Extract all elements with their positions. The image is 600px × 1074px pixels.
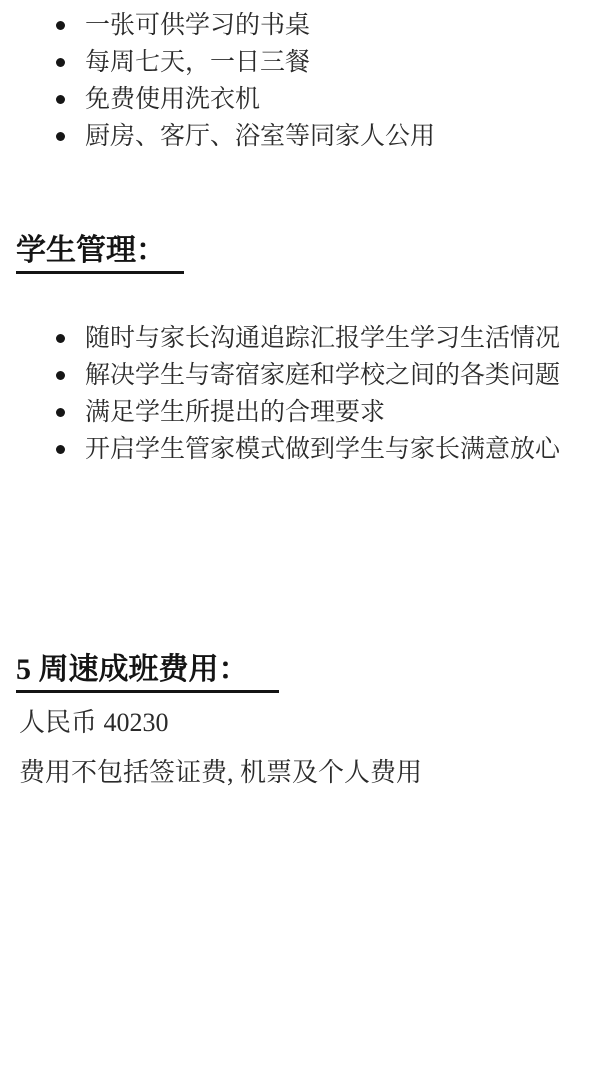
list-item-text: 免费使用洗衣机: [85, 86, 260, 113]
list-item: 每周七天，一日三餐: [0, 44, 600, 81]
bullet-icon: [56, 371, 65, 380]
bullet-icon: [56, 408, 65, 417]
student-management-heading-text: 学生管理：: [16, 225, 184, 274]
list-item: 满足学生所提出的合理要求: [0, 394, 600, 431]
list-item: 厨房、客厅、浴室等同家人公用: [0, 118, 600, 155]
amenities-list: 一张可供学习的书桌 每周七天，一日三餐 免费使用洗衣机 厨房、客厅、浴室等同家人…: [0, 7, 600, 155]
list-item-text: 每周七天，一日三餐: [85, 49, 310, 76]
bullet-icon: [56, 334, 65, 343]
list-item: 免费使用洗衣机: [0, 81, 600, 118]
bullet-icon: [56, 95, 65, 104]
student-management-list: 随时与家长沟通追踪汇报学生学习生活情况 解决学生与寄宿家庭和学校之间的各类问题 …: [0, 320, 600, 468]
list-item-text: 开启学生管家模式做到学生与家长满意放心: [85, 436, 560, 463]
bullet-icon: [56, 21, 65, 30]
list-item: 一张可供学习的书桌: [0, 7, 600, 44]
fee-note-text: 费用不包括签证费, 机票及个人费用: [19, 758, 422, 788]
fee-amount-text: 人民币 40230: [19, 708, 169, 738]
student-management-heading: 学生管理：: [16, 225, 184, 274]
list-item-text: 一张可供学习的书桌: [85, 12, 310, 39]
bullet-icon: [56, 58, 65, 67]
list-item-text: 厨房、客厅、浴室等同家人公用: [85, 123, 435, 150]
document-page: 一张可供学习的书桌 每周七天，一日三餐 免费使用洗衣机 厨房、客厅、浴室等同家人…: [0, 0, 600, 1074]
list-item: 开启学生管家模式做到学生与家长满意放心: [0, 431, 600, 468]
bullet-icon: [56, 132, 65, 141]
list-item: 随时与家长沟通追踪汇报学生学习生活情况: [0, 320, 600, 357]
fees-heading: 5 周速成班费用：: [16, 644, 279, 693]
list-item-text: 随时与家长沟通追踪汇报学生学习生活情况: [85, 325, 560, 352]
bullet-icon: [56, 445, 65, 454]
fees-heading-text: 5 周速成班费用：: [16, 644, 279, 693]
list-item-text: 解决学生与寄宿家庭和学校之间的各类问题: [85, 362, 560, 389]
list-item: 解决学生与寄宿家庭和学校之间的各类问题: [0, 357, 600, 394]
list-item-text: 满足学生所提出的合理要求: [85, 399, 385, 426]
